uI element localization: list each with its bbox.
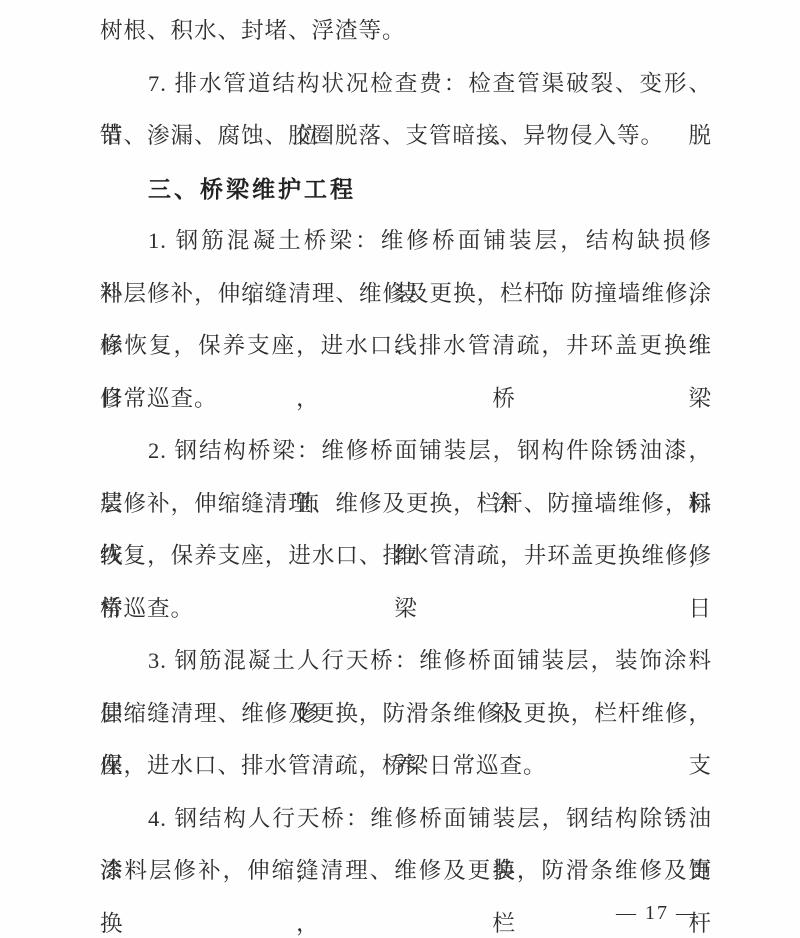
text-line: 7. 排水管道结构状况检查费：检查管渠破裂、变形、错位、脱 [100, 58, 712, 111]
document-text: 树根、积水、封堵、浮渣等。7. 排水管道结构状况检查费：检查管渠破裂、变形、错位… [100, 5, 712, 898]
text-line: 修恢复，保养支座，进水口、排水管清疏，井环盖更换维修，桥梁 [100, 320, 712, 373]
text-line: 2. 钢结构桥梁：维修桥面铺装层，钢构件除锈油漆，装饰涂料 [100, 425, 712, 478]
text-line: 4. 钢结构人行天桥：维修桥面铺装层，钢结构除锈油漆，装饰 [100, 793, 712, 846]
text-line: 树根、积水、封堵、浮渣等。 [100, 5, 712, 58]
section-heading: 三、桥梁维护工程 [100, 163, 712, 216]
text-line: 涂料层修补，伸缩缝清理、维修及更换，防滑条维修及更换，栏杆 [100, 845, 712, 898]
page-number: — 17 — [616, 902, 698, 924]
text-line: 节、渗漏、腐蚀、胶圈脱落、支管暗接、异物侵入等。 [100, 110, 712, 163]
document-page: 树根、积水、封堵、浮渣等。7. 排水管道结构状况检查费：检查管渠破裂、变形、错位… [0, 0, 800, 938]
text-line: 料层修补，伸缩缝清理、维修及更换，栏杆、防撞墙维修，标线维 [100, 268, 712, 321]
text-line: 3. 钢筋混凝土人行天桥：维修桥面铺装层，装饰涂料层修补， [100, 635, 712, 688]
text-line: 1. 钢筋混凝土桥梁：维修桥面铺装层，结构缺损修补，装饰涂 [100, 215, 712, 268]
page-footer: — 17 — [616, 898, 698, 928]
text-line: 恢复，保养支座，进水口、排水管清疏，井环盖更换维修，桥梁日 [100, 530, 712, 583]
text-line: 层修补，伸缩缝清理、维修及更换，栏杆、防撞墙维修，标线维修 [100, 478, 712, 531]
text-line: 伸缩缝清理、维修及更换，防滑条维修及更换，栏杆维修，保养支 [100, 688, 712, 741]
